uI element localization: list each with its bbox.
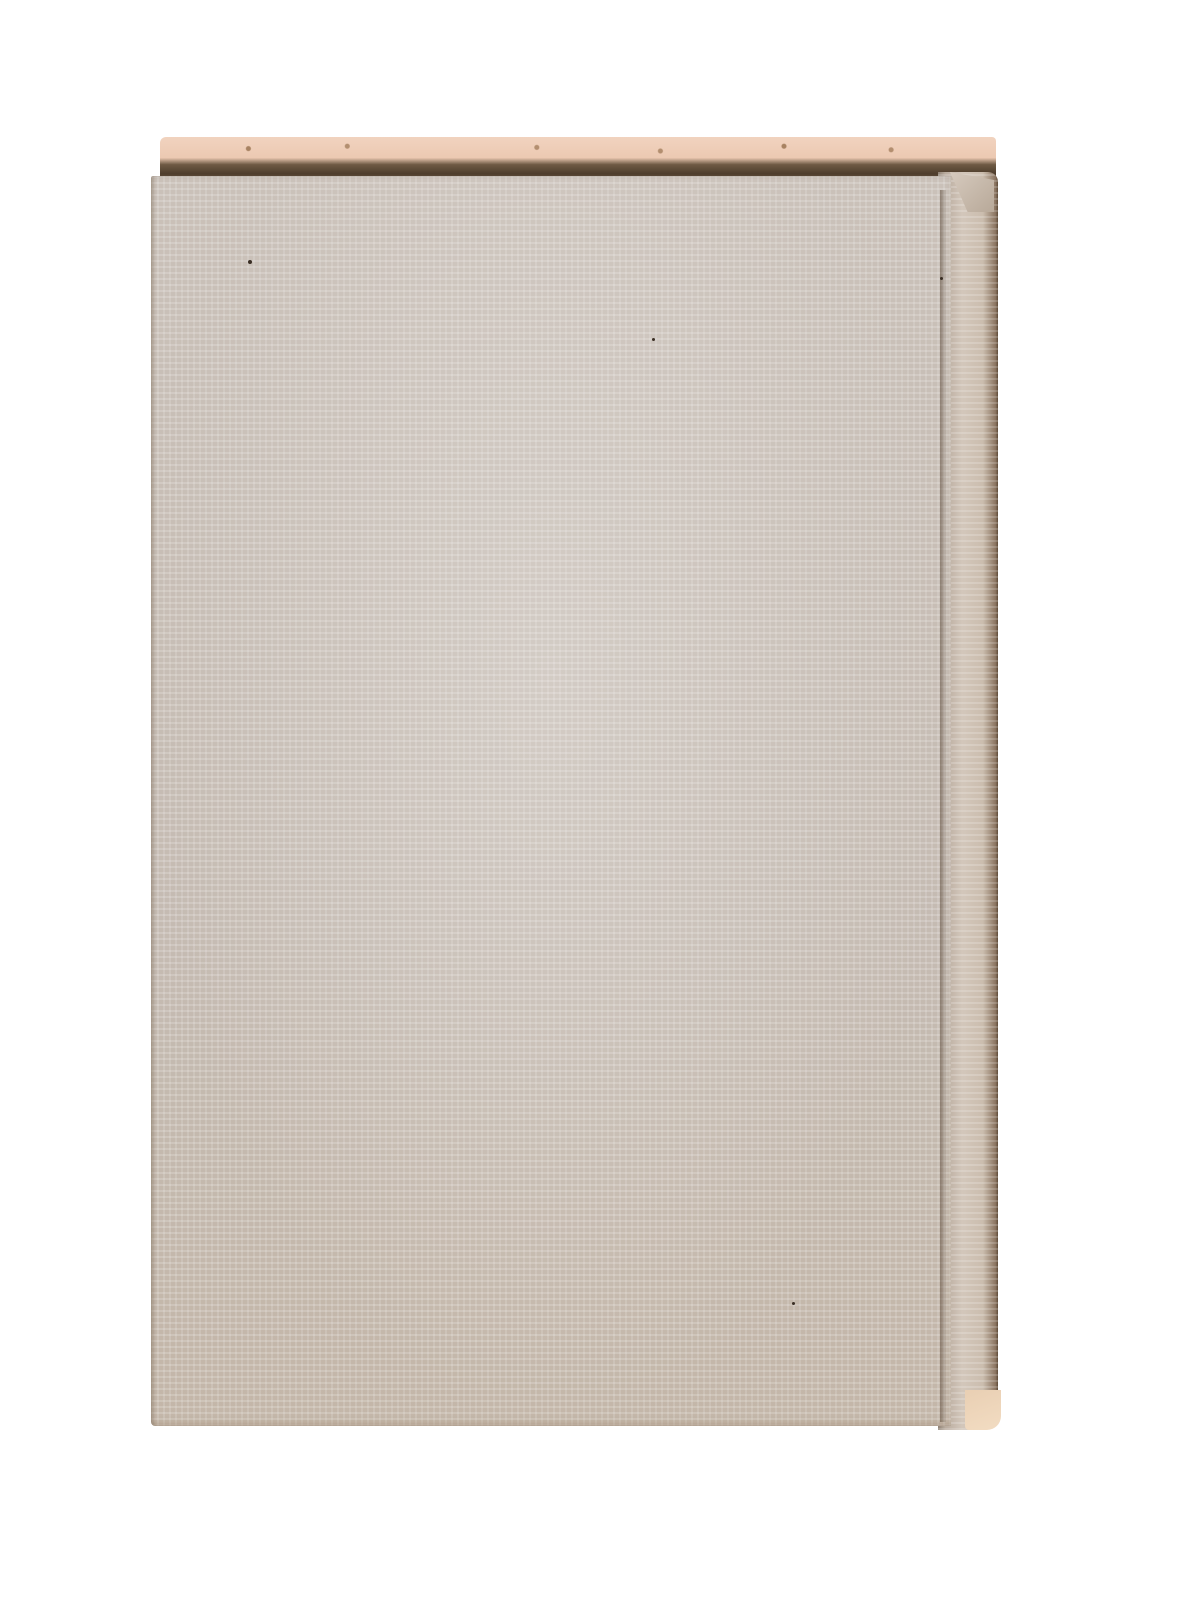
book-back-cover [151,176,951,1426]
photo-scene [0,0,1182,1600]
hinge-groove [940,190,946,1422]
foxing-spots [166,139,990,163]
spine-corner-bottom-worn [965,1390,1001,1430]
stain-spot [940,277,943,280]
stain-spot [248,260,252,264]
stain-spot [652,338,655,341]
stain-spot [792,1302,795,1305]
